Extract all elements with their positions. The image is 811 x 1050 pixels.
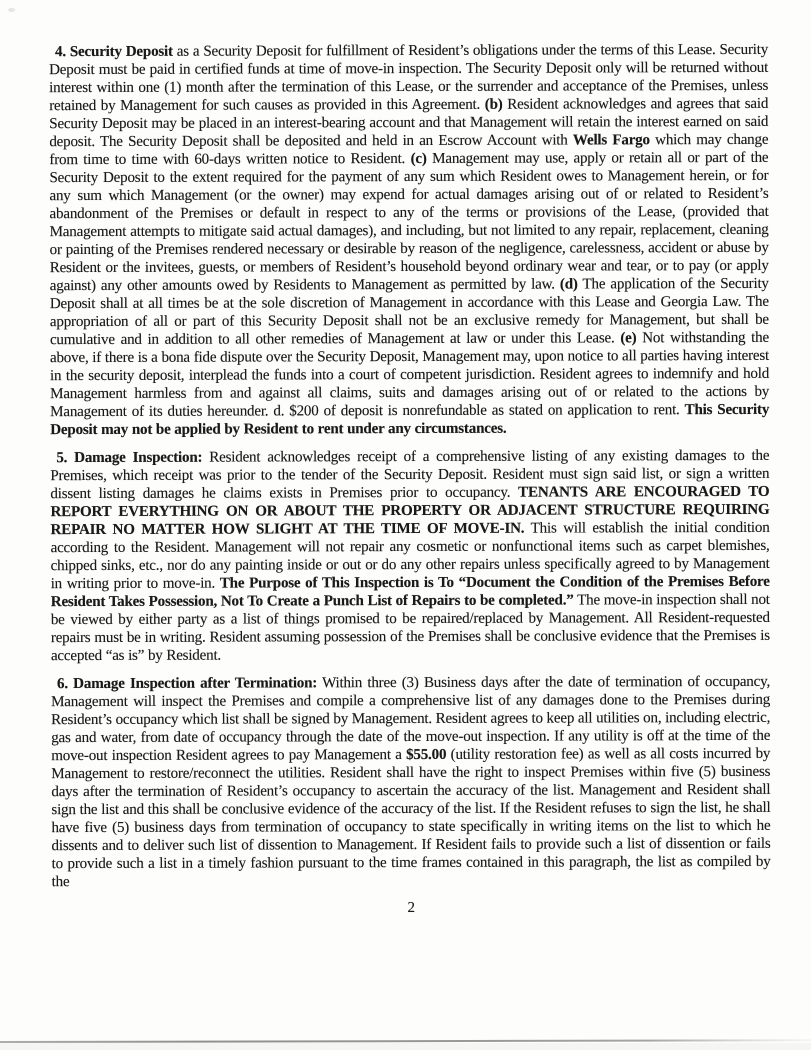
scan-speck-artifact [8,8,15,12]
section-4-security-deposit-paragraph: 4. Security Deposit as a Security Deposi… [49,41,769,439]
section-5-damage-inspection-paragraph: 5. Damage Inspection: Resident acknowled… [50,447,770,665]
page-content: 4. Security Deposit as a Security Deposi… [49,41,771,918]
scanned-lease-page: 4. Security Deposit as a Security Deposi… [0,0,811,1050]
section-6-damage-inspection-after-termination-paragraph: 6. Damage Inspection after Termination: … [51,673,771,891]
scan-edge-shadow-artifact [0,1043,811,1050]
page-number: 2 [52,899,771,918]
